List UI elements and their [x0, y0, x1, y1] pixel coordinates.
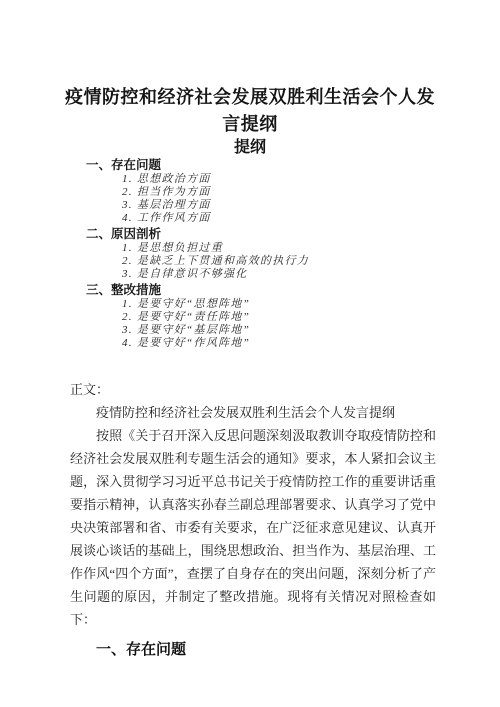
outline-item: 4. 工作作风方面: [122, 212, 500, 225]
document-page: 疫情防控和经济社会发展双胜利生活会个人发言提纲 提纲 一、存在问题 1. 思想政…: [0, 0, 500, 707]
body-paragraph: 按照《关于召开深入反思问题深刻汲取教训夺取疫情防控和经济社会发展双胜利专题生活会…: [70, 424, 436, 631]
section-heading-problems: 一、存在问题: [70, 639, 436, 661]
outline-section-causes: 二、原因剖析 1. 是思想负担过重 2. 是缺乏上下贯通和高效的执行力 3. 是…: [86, 227, 500, 281]
body-inline-title: 疫情防控和经济社会发展双胜利生活会个人发言提纲: [70, 401, 436, 424]
outline-section-problems: 一、存在问题 1. 思想政治方面 2. 担当作为方面 3. 基层治理方面 4. …: [86, 158, 500, 225]
outline-item: 3. 是要守好“基层阵地”: [122, 324, 500, 337]
outline-item: 3. 基层治理方面: [122, 199, 500, 212]
outline-heading-causes: 二、原因剖析: [86, 227, 500, 242]
outline-heading-measures: 三、整改措施: [86, 283, 500, 298]
outline-item: 2. 是缺乏上下贯通和高效的执行力: [122, 255, 500, 268]
outline-item: 4. 是要守好“作风阵地”: [122, 337, 500, 350]
document-body: 正文： 疫情防控和经济社会发展双胜利生活会个人发言提纲 按照《关于召开深入反思问…: [70, 378, 436, 661]
outline-item: 2. 担当作为方面: [122, 186, 500, 199]
outline: 一、存在问题 1. 思想政治方面 2. 担当作为方面 3. 基层治理方面 4. …: [86, 158, 500, 350]
outline-item: 1. 是要守好“思想阵地”: [122, 298, 500, 311]
body-label: 正文：: [70, 378, 436, 401]
outline-item: 1. 思想政治方面: [122, 173, 500, 186]
outline-heading-problems: 一、存在问题: [86, 158, 500, 173]
outline-item: 2. 是要守好“责任阵地”: [122, 311, 500, 324]
document-title: 疫情防控和经济社会发展双胜利生活会个人发言提纲: [63, 84, 437, 138]
outline-item: 1. 是思想负担过重: [122, 242, 500, 255]
outline-item: 3. 是自律意识不够强化: [122, 268, 500, 281]
document-subtitle: 提纲: [0, 138, 500, 158]
outline-section-measures: 三、整改措施 1. 是要守好“思想阵地” 2. 是要守好“责任阵地” 3. 是要…: [86, 283, 500, 350]
